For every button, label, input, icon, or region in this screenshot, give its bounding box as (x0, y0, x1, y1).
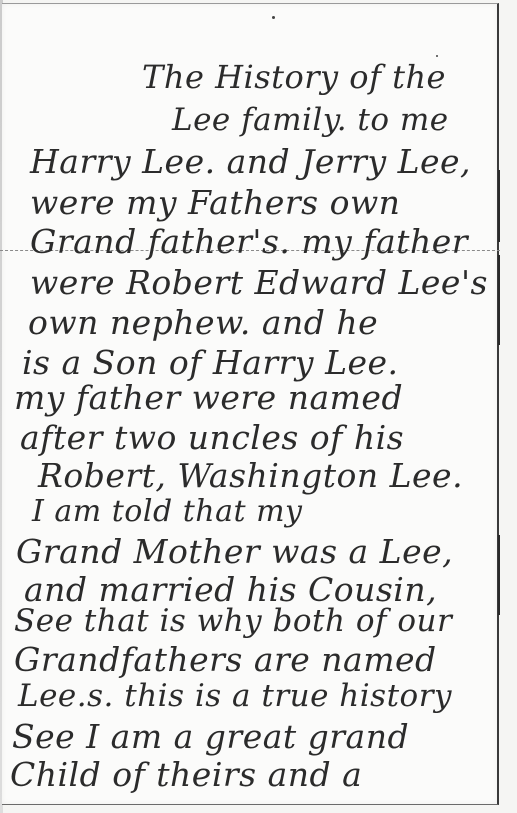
body-line: See that is why both of our (14, 603, 452, 639)
body-line: Robert, Washington Lee. (38, 456, 463, 495)
body-line: I am told that my (32, 494, 302, 529)
body-line: were my Fathers own (30, 183, 400, 222)
body-line: own nephew. and he (28, 303, 378, 342)
body-line: is a Son of Harry Lee. (22, 343, 399, 382)
title-line-1: The History of the (142, 58, 446, 96)
scan-speck (272, 16, 275, 19)
scan-speck (436, 55, 438, 57)
body-line: Child of theirs and a (10, 755, 362, 794)
body-line: Grandfathers are named (14, 640, 437, 679)
body-line: my father were named (14, 378, 403, 417)
body-line: Harry Lee. and Jerry Lee, (30, 142, 471, 181)
paper-edge-mark (492, 255, 500, 345)
paper-edge-mark (492, 535, 500, 615)
body-line: were Robert Edward Lee's (30, 263, 488, 302)
body-line: Lee.s. this is a true history (18, 678, 452, 714)
body-line: Grand Mother was a Lee, (16, 532, 453, 571)
body-line: after two uncles of his (20, 418, 404, 457)
scanned-document: The History of the Lee family. to me Har… (0, 0, 517, 813)
body-line: See I am a great grand (12, 717, 409, 756)
title-line-2: Lee family. to me (172, 102, 449, 138)
paper-edge-mark (492, 170, 500, 242)
body-line: Grand father's. my father (30, 222, 468, 261)
